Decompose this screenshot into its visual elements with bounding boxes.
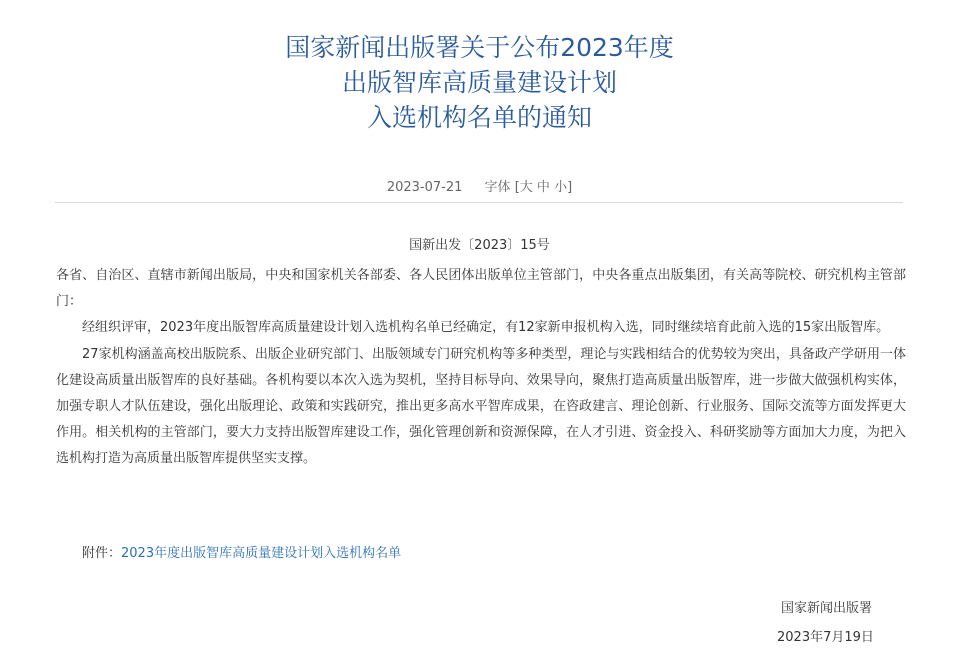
title-line-2: 出版智库高质量建设计划 — [0, 65, 959, 100]
attachment: 附件：2023年度出版智库高质量建设计划入选机构名单 — [82, 545, 401, 563]
attachment-link[interactable]: 2023年度出版智库高质量建设计划入选机构名单 — [121, 546, 401, 561]
signature-date: 2023年7月19日 — [777, 629, 874, 647]
font-size-small-button[interactable]: 小 — [554, 180, 567, 195]
article-title: 国家新闻出版署关于公布2023年度 出版智库高质量建设计划 入选机构名单的通知 — [0, 30, 959, 135]
title-line-3: 入选机构名单的通知 — [0, 100, 959, 135]
font-size-large-button[interactable]: 大 — [520, 180, 533, 195]
article-meta: 2023-07-21 字体 [大 中 小] — [0, 179, 959, 197]
body-paragraph-2: 27家机构涵盖高校出版院系、出版企业研究部门、出版领域专门研究机构等多种类型，理… — [56, 342, 906, 473]
font-size-bracket-close: ] — [567, 180, 572, 195]
salutation-paragraph: 各省、自治区、直辖市新闻出版局，中央和国家机关各部委、各人民团体出版单位主管部门… — [56, 263, 906, 315]
document-number: 国新出发〔2023〕15号 — [0, 237, 959, 255]
article: 国家新闻出版署关于公布2023年度 出版智库高质量建设计划 入选机构名单的通知 … — [0, 0, 959, 651]
font-size-label: 字体 — [485, 180, 511, 195]
article-body: 各省、自治区、直辖市新闻出版局，中央和国家机关各部委、各人民团体出版单位主管部门… — [56, 263, 906, 473]
attachment-label: 附件： — [82, 546, 121, 561]
body-paragraph-1: 经组织评审，2023年度出版智库高质量建设计划入选机构名单已经确定，有12家新申… — [56, 315, 906, 341]
issuer-signature: 国家新闻出版署 — [781, 600, 872, 618]
title-line-1: 国家新闻出版署关于公布2023年度 — [0, 30, 959, 65]
publish-date: 2023-07-21 — [387, 180, 463, 195]
font-size-medium-button[interactable]: 中 — [537, 180, 550, 195]
header-divider — [55, 202, 903, 203]
